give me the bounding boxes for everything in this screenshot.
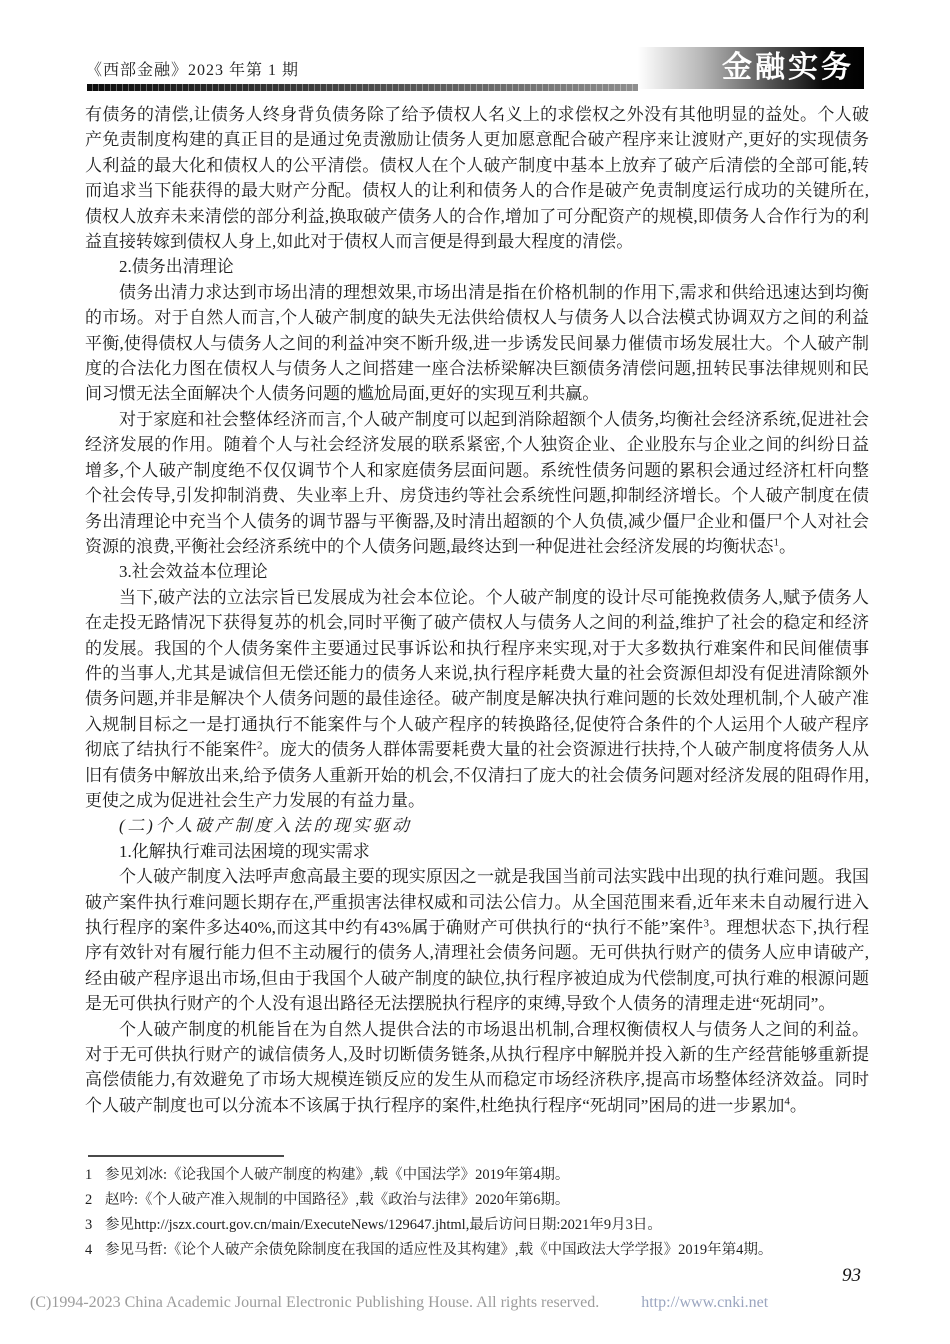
cnki-url: http://www.cnki.net xyxy=(641,1294,768,1311)
paragraph-text: 对于家庭和社会整体经济而言,个人破产制度可以起到消除超额个人债务,均衡社会经济系… xyxy=(85,410,869,556)
copyright-notice: (C)1994-2023 China Academic Journal Elec… xyxy=(30,1294,599,1311)
body-paragraph: 债务出清力求达到市场出清的理想效果,市场出清是指在价格机制的作用下,需求和供给迅… xyxy=(85,280,869,407)
body-paragraph: 个人破产制度入法呼声愈高最主要的现实原因之一就是我国当前司法实践中出现的执行难问… xyxy=(85,864,869,1016)
numbered-heading: 2.债务出清理论 xyxy=(85,254,869,279)
footnote-list: 1参见刘冰:《论我国个人破产制度的构建》,载《中国法学》2019年第4期。 2赵… xyxy=(85,1163,869,1263)
footnote-number: 4 xyxy=(85,1238,105,1263)
page-number: 93 xyxy=(842,1265,861,1287)
footnote-text: 参见刘冰:《论我国个人破产制度的构建》,载《中国法学》2019年第4期。 xyxy=(105,1167,569,1183)
header-divider-rule xyxy=(87,84,638,91)
journal-issue-label: 《西部金融》2023 年第 1 期 xyxy=(86,57,299,80)
paragraph-text: 当下,破产法的立法宗旨已发展成为社会本位论。个人破产制度的设计尽可能挽救债务人,… xyxy=(85,588,869,759)
footnote-item: 3参见http://jszx.court.gov.cn/main/Execute… xyxy=(85,1213,869,1238)
footnote-text: 赵吟:《个人破产准入规制的中国路径》,载《政治与法律》2020年第6期。 xyxy=(105,1192,569,1208)
copyright-footer: (C)1994-2023 China Academic Journal Elec… xyxy=(30,1294,930,1312)
numbered-heading: 1.化解执行难司法困境的现实需求 xyxy=(85,839,869,864)
article-body: 有债务的清偿,让债务人终身背负债务除了给予债权人名义上的求偿权之外没有其他明显的… xyxy=(85,102,869,1118)
footnote-number: 3 xyxy=(85,1213,105,1238)
footnote-separator xyxy=(88,1155,284,1157)
footnote-item: 4参见马哲:《论个人破产余债免除制度在我国的适应性及其构建》,载《中国政法大学学… xyxy=(85,1238,869,1263)
footnote-text: 参见马哲:《论个人破产余债免除制度在我国的适应性及其构建》,载《中国政法大学学报… xyxy=(105,1242,772,1258)
paragraph-text: 。 xyxy=(779,537,796,556)
section-banner: 金融实务 xyxy=(638,47,864,89)
footnote-text: 参见http://jszx.court.gov.cn/main/ExecuteN… xyxy=(105,1217,662,1233)
footnote-item: 2赵吟:《个人破产准入规制的中国路径》,载《政治与法律》2020年第6期。 xyxy=(85,1188,869,1213)
body-paragraph: 个人破产制度的机能旨在为自然人提供合法的市场退出机制,合理权衡债权人与债务人之间… xyxy=(85,1017,869,1119)
body-paragraph: 有债务的清偿,让债务人终身背负债务除了给予债权人名义上的求偿权之外没有其他明显的… xyxy=(85,102,869,254)
numbered-heading: 3.社会效益本位理论 xyxy=(85,559,869,584)
footnote-number: 1 xyxy=(85,1163,105,1188)
subsection-heading: (二)个人破产制度入法的现实驱动 xyxy=(85,813,869,838)
body-paragraph: 对于家庭和社会整体经济而言,个人破产制度可以起到消除超额个人债务,均衡社会经济系… xyxy=(85,407,869,559)
journal-page: 《西部金融》2023 年第 1 期 金融实务 有债务的清偿,让债务人终身背负债务… xyxy=(0,0,950,1344)
footnote-number: 2 xyxy=(85,1188,105,1213)
paragraph-text: 个人破产制度的机能旨在为自然人提供合法的市场退出机制,合理权衡债权人与债务人之间… xyxy=(85,1020,869,1115)
body-paragraph: 当下,破产法的立法宗旨已发展成为社会本位论。个人破产制度的设计尽可能挽救债务人,… xyxy=(85,585,869,814)
footnote-item: 1参见刘冰:《论我国个人破产制度的构建》,载《中国法学》2019年第4期。 xyxy=(85,1163,869,1188)
paragraph-text: 。 xyxy=(790,1096,807,1115)
